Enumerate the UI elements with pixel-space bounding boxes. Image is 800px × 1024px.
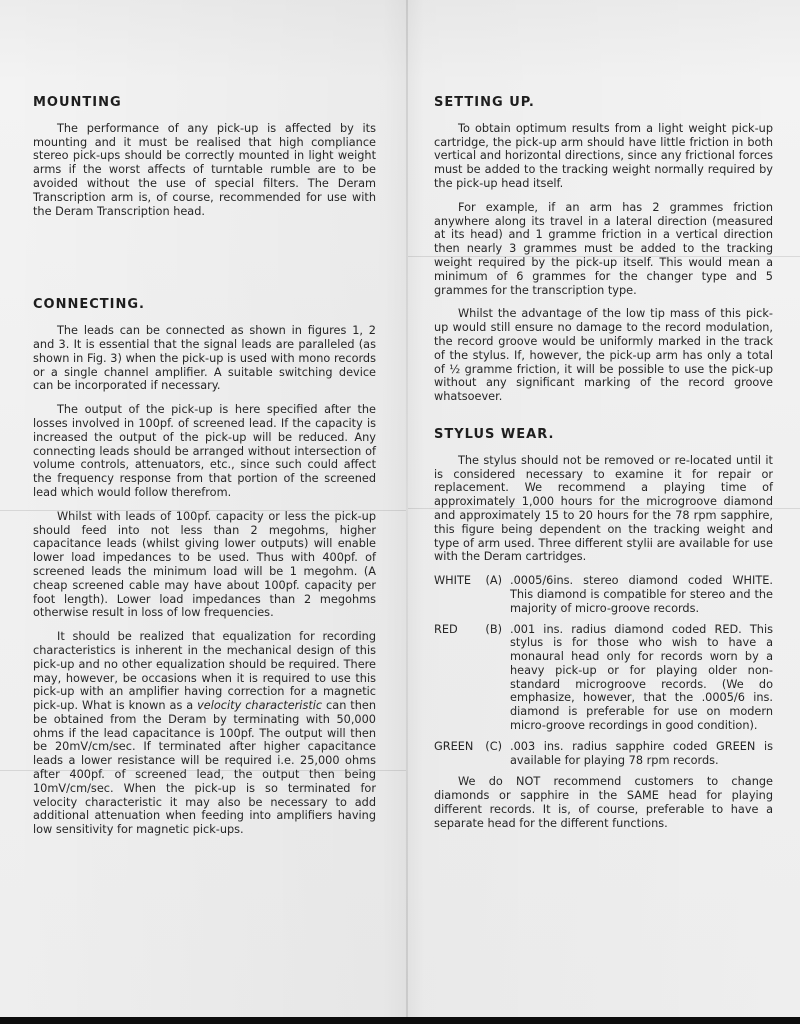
- paragraph: The output of the pick-up is here specif…: [33, 403, 376, 500]
- stylus-description: .003 ins. radius sapphire coded GREEN is…: [510, 740, 773, 768]
- stylus-item-green: GREEN (C) .003 ins. radius sapphire code…: [434, 740, 773, 768]
- paragraph: The leads can be connected as shown in f…: [33, 324, 376, 393]
- stylus-colour: WHITE: [434, 574, 471, 615]
- stylus-colour: RED: [434, 623, 458, 733]
- paragraph: Whilst the advantage of the low tip mass…: [434, 307, 773, 404]
- text: can then be obtained from the Deram by t…: [33, 699, 376, 836]
- stylus-label: WHITE (A): [434, 574, 510, 615]
- stylus-label: GREEN (C): [434, 740, 510, 768]
- stylus-description: .0005/6ins. stereo diamond coded WHITE. …: [510, 574, 773, 615]
- heading-stylus-wear: STYLUS WEAR.: [434, 428, 773, 442]
- stylus-item-red: RED (B) .001 ins. radius diamond coded R…: [434, 623, 773, 733]
- right-column: SETTING UP. To obtain optimum results fr…: [434, 96, 773, 841]
- paragraph: Whilst with leads of 100pf. capacity or …: [33, 510, 376, 620]
- section-stylus-wear: STYLUS WEAR. The stylus should not be re…: [434, 428, 773, 831]
- stylus-code: (A): [485, 574, 502, 615]
- paragraph: We do NOT recommend customers to change …: [434, 775, 773, 830]
- stylus-code: (C): [485, 740, 502, 768]
- left-column: MOUNTING The performance of any pick-up …: [33, 96, 376, 847]
- section-setting-up: SETTING UP. To obtain optimum results fr…: [434, 96, 773, 404]
- stylus-label: RED (B): [434, 623, 510, 733]
- stylus-code: (B): [485, 623, 502, 733]
- section-connecting: CONNECTING. The leads can be connected a…: [33, 298, 376, 837]
- paragraph: For example, if an arm has 2 grammes fri…: [434, 201, 773, 298]
- scan-border: [0, 1017, 800, 1024]
- leaflet-page: MOUNTING The performance of any pick-up …: [0, 0, 800, 1017]
- heading-connecting: CONNECTING.: [33, 298, 376, 312]
- heading-setting-up: SETTING UP.: [434, 96, 773, 110]
- heading-mounting: MOUNTING: [33, 96, 376, 110]
- stylus-description: .001 ins. radius diamond coded RED. This…: [510, 623, 773, 733]
- paragraph: The performance of any pick-up is affect…: [33, 122, 376, 219]
- stylus-item-white: WHITE (A) .0005/6ins. stereo diamond cod…: [434, 574, 773, 615]
- paragraph: To obtain optimum results from a light w…: [434, 122, 773, 191]
- stylus-colour: GREEN: [434, 740, 473, 768]
- italic-term: velocity characteristic: [197, 699, 322, 712]
- section-mounting: MOUNTING The performance of any pick-up …: [33, 96, 376, 218]
- paragraph-equalization: It should be realized that equalization …: [33, 630, 376, 837]
- stylus-list: WHITE (A) .0005/6ins. stereo diamond cod…: [434, 574, 773, 767]
- paragraph: The stylus should not be removed or re-l…: [434, 454, 773, 564]
